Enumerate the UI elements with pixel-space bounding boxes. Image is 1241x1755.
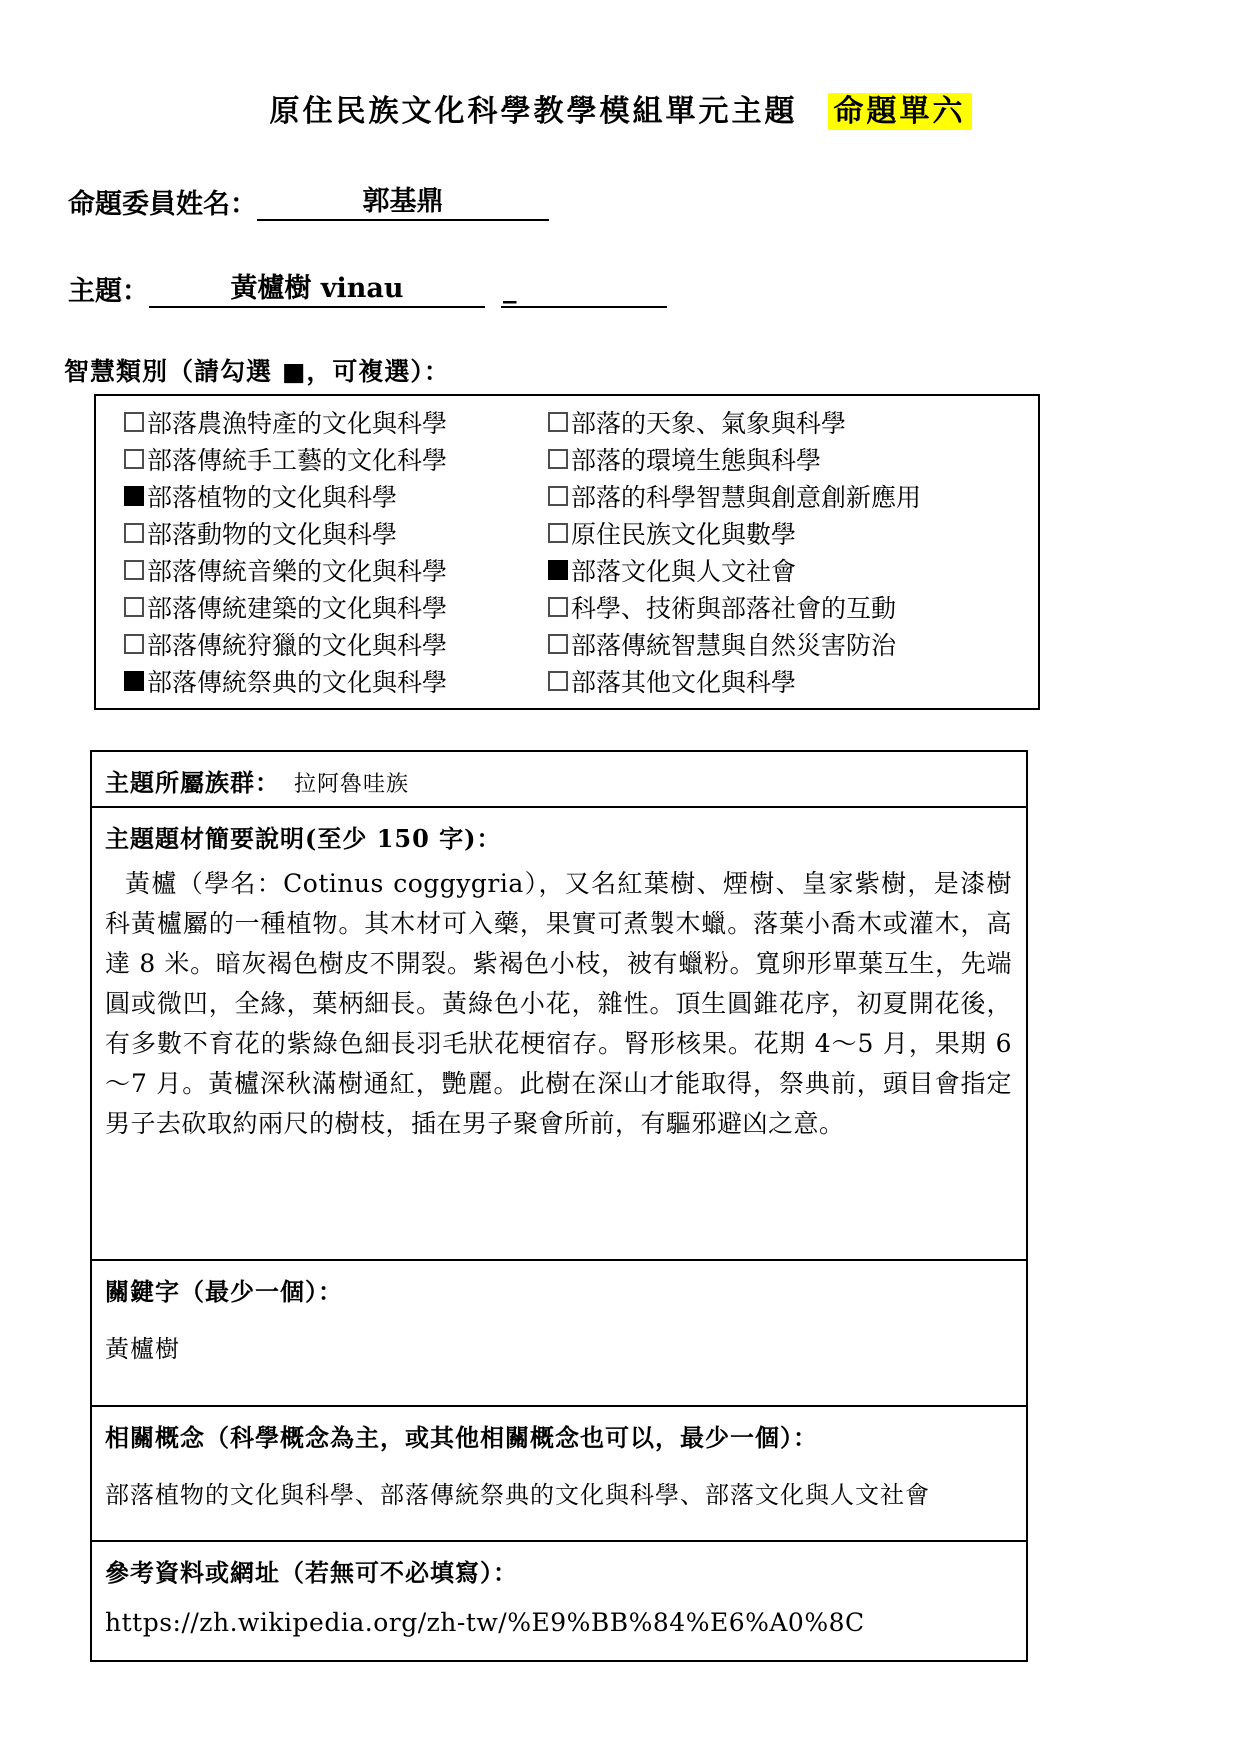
- reference-row: 參考資料或網址（若無可不必填寫）： https://zh.wikipedia.o…: [92, 1542, 1026, 1660]
- topic-field-extra[interactable]: _: [501, 272, 667, 308]
- category-heading: 智慧類別（請勾選 ■，可複選）：: [64, 352, 1241, 388]
- checkbox-unchecked-icon[interactable]: [124, 412, 144, 432]
- checkbox-checked-icon[interactable]: [124, 486, 144, 506]
- topic-field[interactable]: 黃櫨樹 vinau: [149, 272, 485, 308]
- document-page: 原住民族文化科學教學模組單元主題命題單六 命題委員姓名：郭基鼎 主題：黃櫨樹 v…: [0, 0, 1241, 1755]
- checkbox-unchecked-icon[interactable]: [124, 597, 144, 617]
- category-option-label: 部落的天象、氣象與科學: [571, 404, 846, 440]
- reference-label: 參考資料或網址（若無可不必填寫）：: [105, 1553, 1012, 1588]
- category-option-label: 科學、技術與部落社會的互動: [571, 589, 896, 625]
- related-concept-row: 相關概念（科學概念為主，或其他相關概念也可以，最少一個）： 部落植物的文化與科學…: [92, 1407, 1026, 1542]
- detail-table: 主題所屬族群：拉阿魯哇族 主題題材簡要說明(至少 150 字)： 黃櫨（學名：C…: [90, 750, 1028, 1662]
- reference-url: https://zh.wikipedia.org/zh-tw/%E9%BB%84…: [105, 1608, 1012, 1637]
- checkbox-unchecked-icon[interactable]: [548, 671, 568, 691]
- category-option-label: 部落動物的文化與科學: [147, 515, 397, 551]
- category-option[interactable]: 部落傳統建築的文化與科學: [124, 588, 548, 625]
- category-option[interactable]: 部落的環境生態與科學: [548, 440, 1038, 477]
- checkbox-unchecked-icon[interactable]: [548, 486, 568, 506]
- category-option[interactable]: 部落傳統音樂的文化與科學: [124, 551, 548, 588]
- checkbox-unchecked-icon[interactable]: [548, 449, 568, 469]
- topic-extra-mark: _: [501, 273, 517, 304]
- category-option[interactable]: 部落植物的文化與科學: [124, 477, 548, 514]
- category-option-label: 部落文化與人文社會: [571, 552, 796, 588]
- keyword-row: 關鍵字（最少一個）： 黃櫨樹: [92, 1261, 1026, 1407]
- related-concept-label: 相關概念（科學概念為主，或其他相關概念也可以，最少一個）：: [105, 1418, 1012, 1453]
- category-option-label: 部落傳統手工藝的文化科學: [147, 441, 447, 477]
- category-checklist-box: 部落農漁特產的文化與科學部落傳統手工藝的文化科學部落植物的文化與科學部落動物的文…: [94, 394, 1040, 710]
- category-column-right: 部落的天象、氣象與科學部落的環境生態與科學部落的科學智慧與創意創新應用原住民族文…: [548, 403, 1038, 699]
- ethnic-group-row: 主題所屬族群：拉阿魯哇族: [92, 752, 1026, 808]
- checkbox-unchecked-icon[interactable]: [548, 597, 568, 617]
- category-option-label: 部落傳統智慧與自然災害防治: [571, 626, 896, 662]
- category-option-label: 部落的環境生態與科學: [571, 441, 821, 477]
- category-option[interactable]: 部落的天象、氣象與科學: [548, 403, 1038, 440]
- category-option-label: 部落植物的文化與科學: [147, 478, 397, 514]
- description-label: 主題題材簡要說明(至少 150 字)：: [105, 819, 1012, 854]
- category-option[interactable]: 部落傳統手工藝的文化科學: [124, 440, 548, 477]
- category-column-left: 部落農漁特產的文化與科學部落傳統手工藝的文化科學部落植物的文化與科學部落動物的文…: [96, 403, 548, 699]
- checkbox-unchecked-icon[interactable]: [124, 560, 144, 580]
- category-option[interactable]: 部落農漁特產的文化與科學: [124, 403, 548, 440]
- category-option[interactable]: 部落傳統智慧與自然災害防治: [548, 625, 1038, 662]
- checkbox-unchecked-icon[interactable]: [124, 449, 144, 469]
- committee-name-field[interactable]: 郭基鼎: [257, 185, 549, 221]
- topic-row: 主題：黃櫨樹 vinau_: [68, 269, 1241, 308]
- checkbox-unchecked-icon[interactable]: [548, 412, 568, 432]
- checkbox-unchecked-icon[interactable]: [548, 523, 568, 543]
- topic-label: 主題：: [68, 276, 149, 307]
- keyword-label: 關鍵字（最少一個）：: [105, 1272, 1012, 1307]
- committee-name-value: 郭基鼎: [363, 186, 444, 217]
- ethnic-group-value: 拉阿魯哇族: [294, 772, 409, 797]
- category-option-label: 部落的科學智慧與創意創新應用: [571, 478, 921, 514]
- checkbox-checked-icon[interactable]: [548, 560, 568, 580]
- category-option[interactable]: 部落傳統狩獵的文化與科學: [124, 625, 548, 662]
- committee-name-label: 命題委員姓名：: [68, 189, 257, 220]
- category-option[interactable]: 部落的科學智慧與創意創新應用: [548, 477, 1038, 514]
- related-concept-value: 部落植物的文化與科學、部落傳統祭典的文化與科學、部落文化與人文社會: [105, 1475, 1012, 1510]
- category-option[interactable]: 科學、技術與部落社會的互動: [548, 588, 1038, 625]
- category-option[interactable]: 部落其他文化與科學: [548, 662, 1038, 699]
- category-option-label: 部落傳統音樂的文化與科學: [147, 552, 447, 588]
- category-option[interactable]: 部落動物的文化與科學: [124, 514, 548, 551]
- description-row: 主題題材簡要說明(至少 150 字)： 黃櫨（學名：Cotinus coggyg…: [92, 808, 1026, 1261]
- topic-value: 黃櫨樹 vinau: [230, 273, 403, 304]
- category-option-label: 部落傳統建築的文化與科學: [147, 589, 447, 625]
- category-option-label: 原住民族文化與數學: [571, 515, 796, 551]
- category-option-label: 部落其他文化與科學: [571, 663, 796, 699]
- page-title-text: 原住民族文化科學教學模組單元主題: [270, 94, 798, 129]
- committee-name-row: 命題委員姓名：郭基鼎: [68, 182, 1241, 221]
- ethnic-group-label: 主題所屬族群：: [105, 768, 280, 797]
- checkbox-unchecked-icon[interactable]: [548, 634, 568, 654]
- category-option-label: 部落農漁特產的文化與科學: [147, 404, 447, 440]
- category-option-label: 部落傳統祭典的文化與科學: [147, 663, 447, 699]
- category-option[interactable]: 原住民族文化與數學: [548, 514, 1038, 551]
- page-title: 原住民族文化科學教學模組單元主題命題單六: [0, 0, 1241, 130]
- description-text: 黃櫨（學名：Cotinus coggygria），又名紅葉樹、煙樹、皇家紫樹，是…: [105, 864, 1012, 1144]
- checkbox-checked-icon[interactable]: [124, 671, 144, 691]
- category-option[interactable]: 部落傳統祭典的文化與科學: [124, 662, 548, 699]
- category-option[interactable]: 部落文化與人文社會: [548, 551, 1038, 588]
- category-option-label: 部落傳統狩獵的文化與科學: [147, 626, 447, 662]
- checkbox-unchecked-icon[interactable]: [124, 634, 144, 654]
- keyword-value: 黃櫨樹: [105, 1329, 1012, 1364]
- title-highlight-badge: 命題單六: [828, 93, 972, 130]
- checkbox-unchecked-icon[interactable]: [124, 523, 144, 543]
